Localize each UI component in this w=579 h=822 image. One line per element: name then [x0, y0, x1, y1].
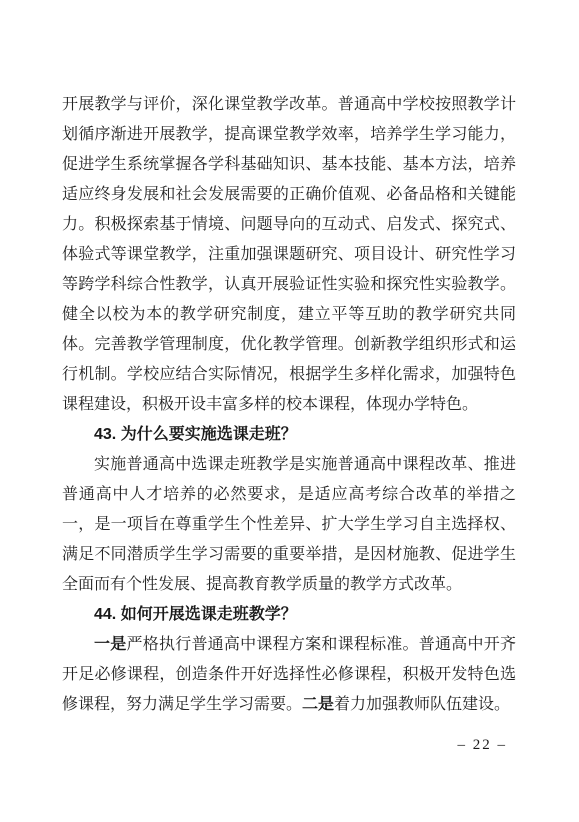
paragraph-answer-44: 一是严格执行普通高中课程方案和课程标准。普通高中开齐开足必修课程，创造条件开好选… [62, 630, 516, 720]
answer-44-point-2-marker: 二是 [302, 696, 334, 713]
answer-44-point-1-marker: 一是 [94, 636, 126, 653]
page-body-text: 开展教学与评价，深化课堂教学改革。普通高中学校按照教学计划循序渐进开展教学，提高… [62, 90, 516, 720]
document-page: 开展教学与评价，深化课堂教学改革。普通高中学校按照教学计划循序渐进开展教学，提高… [0, 0, 579, 822]
paragraph-teaching-reform-continued: 开展教学与评价，深化课堂教学改革。普通高中学校按照教学计划循序渐进开展教学，提高… [62, 90, 516, 420]
page-number: – 22 – [458, 737, 508, 754]
question-44-heading: 44. 如何开展选课走班教学？ [62, 600, 516, 630]
answer-44-point-2-text: 着力加强教师队伍建设。 [334, 696, 510, 713]
question-43-heading: 43. 为什么要实施选课走班？ [62, 420, 516, 450]
paragraph-answer-43: 实施普通高中选课走班教学是实施普通高中课程改革、推进普通高中人才培养的必然要求，… [62, 450, 516, 600]
